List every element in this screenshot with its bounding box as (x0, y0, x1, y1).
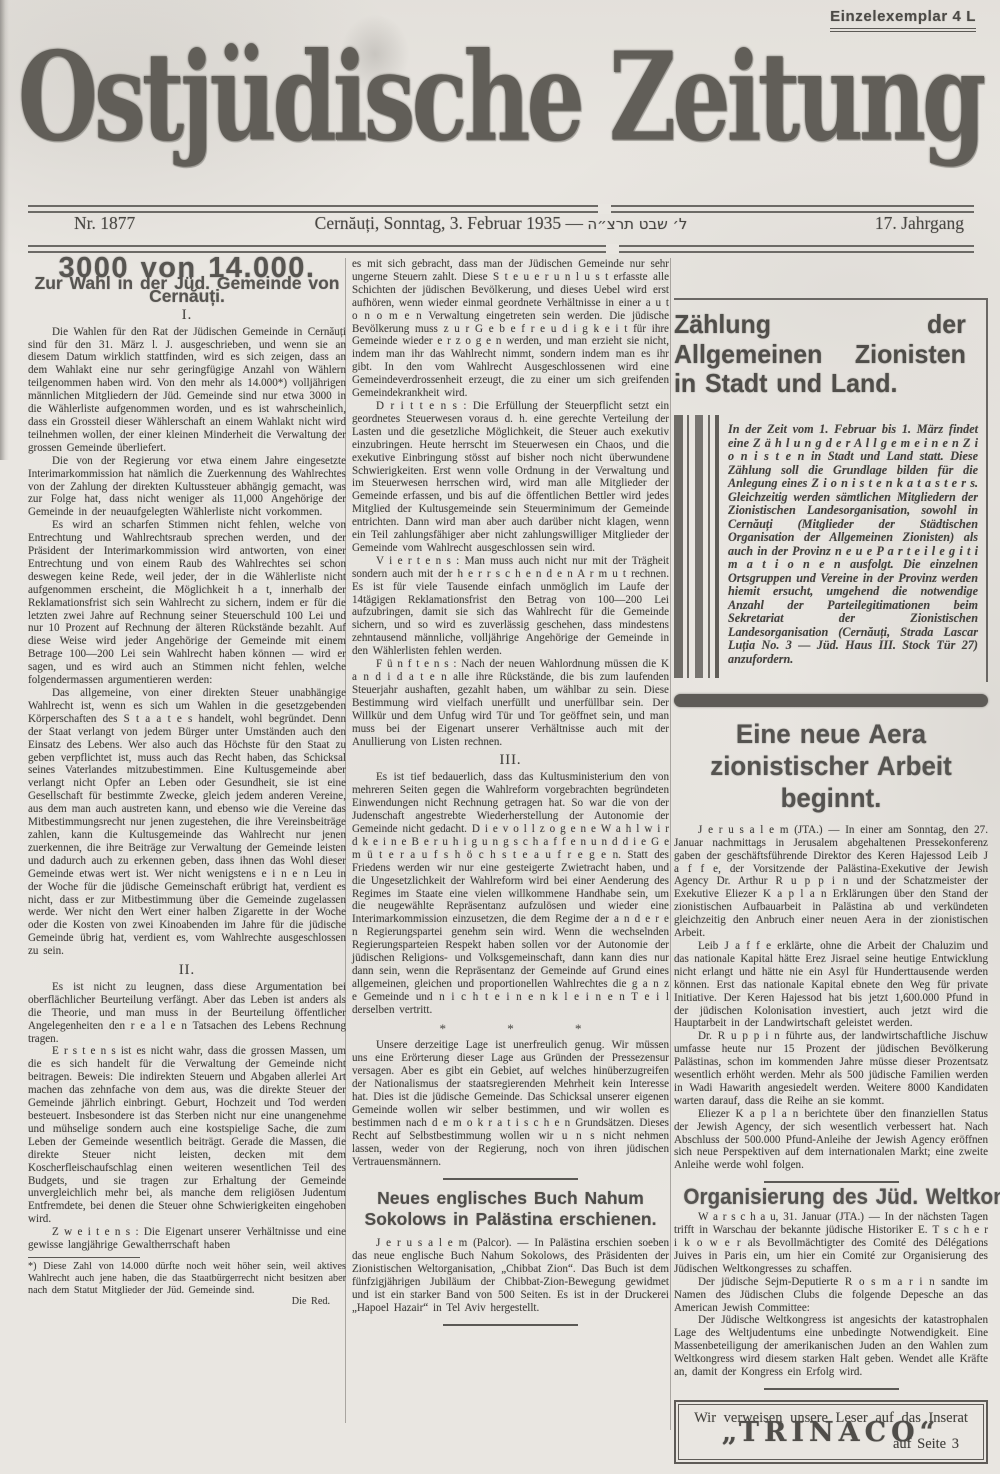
closing-paragraph: Unsere derzeitige Lage ist unerfreulich … (352, 1039, 669, 1168)
census-box-article: Zählung der Allgemeinen Zionisten in Sta… (674, 298, 988, 682)
date-latin: Cernăuți, Sonntag, 3. Februar 1935 — (315, 213, 583, 233)
census-paragraph: In der Zeit vom 1. Februar bis 1. März f… (728, 423, 978, 666)
census-body: In der Zeit vom 1. Februar bis 1. März f… (674, 411, 978, 678)
aera-article-body: J e r u s a l e m (JTA.) — In einer am S… (674, 824, 988, 1172)
paragraph: Es ist nicht zu leugnen, dass diese Argu… (28, 981, 346, 1046)
newspaper-page: Einzelexemplar 4 L Ostjüdische Zeitung N… (0, 0, 1000, 1474)
section-number-3: III. (352, 754, 669, 767)
paragraph: V i e r t e n s : Man muss auch nicht nu… (352, 555, 669, 658)
congress-article-headline: Organisierung des Jüd. Weltkongresses. (683, 1191, 978, 1204)
column-divider (670, 258, 671, 1430)
sokolow-article-body: J e r u s a l e m (Palcor). — In Palästi… (352, 1237, 669, 1314)
column-3: Zählung der Allgemeinen Zionisten in Sta… (674, 258, 988, 1464)
dateline: Nr. 1877 Cernăuți, Sonntag, 3. Februar 1… (28, 213, 974, 234)
heavy-rule (674, 694, 988, 707)
article-end-rule (443, 1324, 578, 1326)
paragraph: Die von der Regierung vor etwa einem Jah… (28, 455, 346, 520)
paragraph: Die Wahlen für den Rat der Jüdischen Gem… (28, 326, 346, 455)
column-2: es mit sich gebracht, dass man der Jüdis… (352, 258, 669, 1334)
footnote-signature: Die Red. (28, 1296, 346, 1308)
paragraph: Das allgemeine, von einer direkten Steue… (28, 687, 346, 958)
article-separator-rule (764, 1181, 899, 1183)
article-end-rule (764, 1388, 899, 1390)
decorative-bars (674, 415, 719, 678)
section-number-1: I. (28, 309, 346, 322)
section-1-body: Die Wahlen für den Rat der Jüdischen Gem… (28, 326, 346, 958)
lead-article-subheadline: Zur Wahl in der Jüd. Gemeinde von Cernău… (28, 277, 346, 303)
paragraph: Z w e i t e n s : Die Eigenart unserer V… (28, 1226, 346, 1252)
paragraph: W a r s c h a u, 31. Januar (JTA.) — In … (674, 1211, 988, 1276)
paragraph: E r s t e n s ist es nicht wahr, dass di… (28, 1045, 346, 1226)
paragraph: Dr. R u p p i n führte aus, der landwirt… (674, 1030, 988, 1107)
census-headline: Zählung der Allgemeinen Zionisten in Sta… (674, 310, 966, 399)
trinaco-notice-inner: Wir verweisen unsere Leser auf das Inser… (678, 1404, 984, 1460)
section-3-paragraph: Es ist tief bedauerlich, dass das Kultus… (352, 771, 669, 1016)
paragraph: D r i t t e n s : Die Erfüllung der Steu… (352, 400, 669, 555)
footnote: *) Diese Zahl von 14.000 dürfte noch wei… (28, 1257, 346, 1308)
paragraph: Eliezer K a p l a n berichtete über den … (674, 1108, 988, 1173)
double-rule-top (28, 205, 974, 213)
column-1: 3000 von 14.000. Zur Wahl in der Jüd. Ge… (28, 258, 346, 1308)
sokolow-article-headline: Neues englisches Buch Nahum Sokolows in … (352, 1188, 669, 1231)
section-2-body: Es ist nicht zu leugnen, dass diese Argu… (28, 981, 346, 1252)
masthead-title: Ostjüdische Zeitung (0, 34, 1000, 162)
date-hebrew: ל׳ שבט תרצ״ה (587, 215, 687, 233)
issue-number: Nr. 1877 (28, 213, 218, 234)
paragraph: Leib J a f f e erklärte, ohne die Arbeit… (674, 940, 988, 1030)
rule-break (606, 244, 619, 254)
footnote-rule (28, 1257, 140, 1258)
numbered-points: D r i t t e n s : Die Erfüllung der Steu… (352, 400, 669, 748)
continuation-paragraph: es mit sich gebracht, dass man der Jüdis… (352, 258, 669, 400)
section-number-2: II. (28, 964, 346, 977)
aera-article-headline: Eine neue Aera zionistischer Arbeit begi… (680, 719, 981, 815)
article-separator-rule (443, 1178, 578, 1180)
floret-divider: * * * (352, 1023, 669, 1036)
volume-label: 17. Jahrgang (784, 213, 974, 234)
paragraph: Es wird an scharfen Stimmen nicht fehlen… (28, 519, 346, 687)
paragraph: F ü n f t e n s : Nach der neuen Wahlord… (352, 658, 669, 748)
paragraph: Der jüdische Sejm-Deputierte R o s m a r… (674, 1276, 988, 1315)
footnote-text: *) Diese Zahl von 14.000 dürfte noch wei… (28, 1261, 346, 1296)
congress-article-body: W a r s c h a u, 31. Januar (JTA.) — In … (674, 1211, 988, 1379)
paragraph: J e r u s a l e m (JTA.) — In einer am S… (674, 824, 988, 940)
trinaco-notice-box: Wir verweisen unsere Leser auf das Inser… (674, 1400, 988, 1464)
paragraph: Der Jüdische Weltkongress ist angesichts… (674, 1314, 988, 1379)
date-center: Cernăuți, Sonntag, 3. Februar 1935 — ל׳ … (218, 213, 784, 234)
